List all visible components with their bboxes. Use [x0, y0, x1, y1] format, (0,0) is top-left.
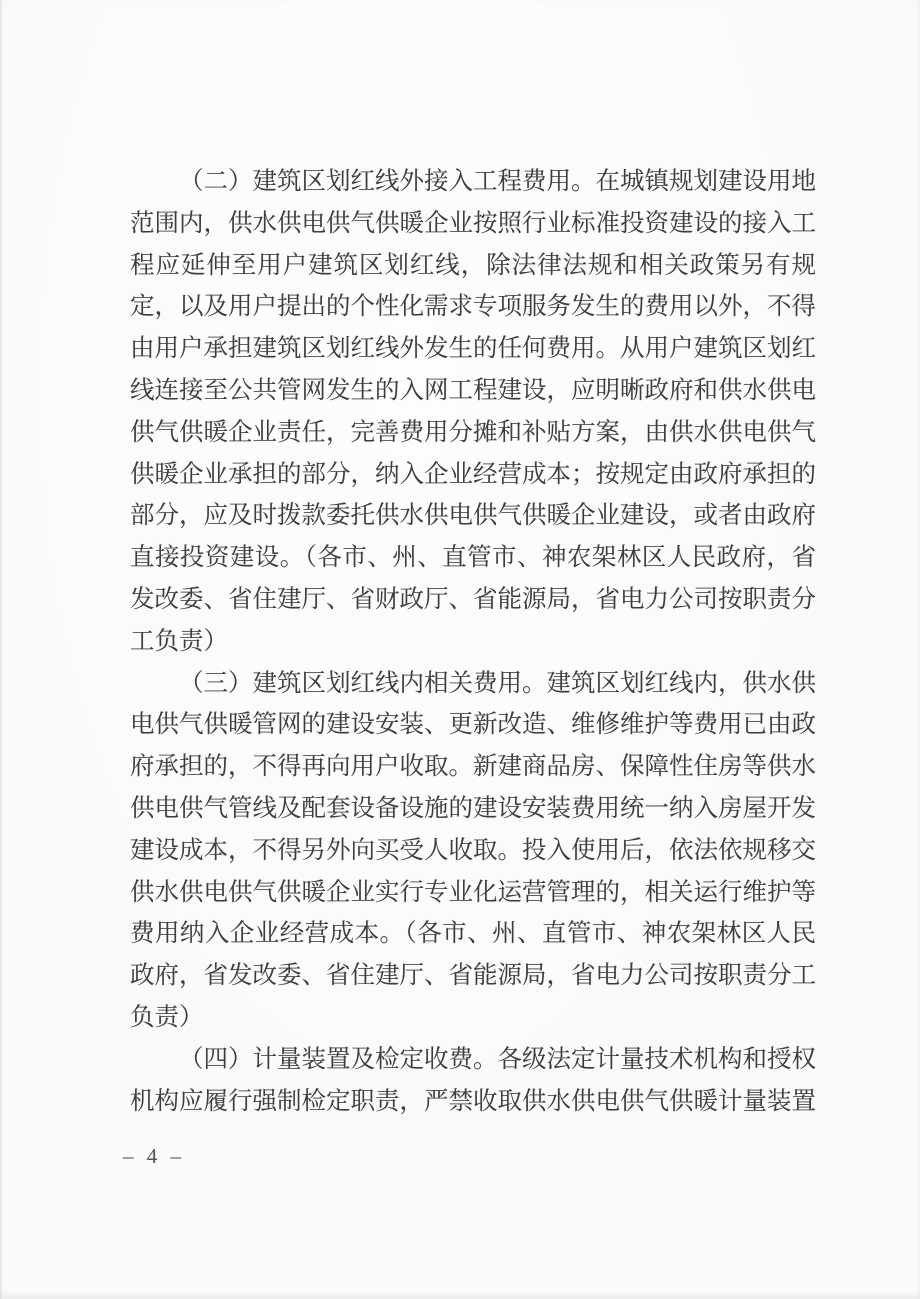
paragraph-item-3-red-line-internal-fees: （三）建筑区划红线内相关费用。建筑区划红线内，供水供电供气供暖管网的建设安装、更… [130, 663, 816, 1039]
document-body: （二）建筑区划红线外接入工程费用。在城镇规划建设用地范围内，供水供电供气供暖企业… [130, 161, 816, 1122]
document-page: （二）建筑区划红线外接入工程费用。在城镇规划建设用地范围内，供水供电供气供暖企业… [0, 0, 920, 1299]
page-number: – 4 – [123, 1144, 185, 1169]
paragraph-item-2-red-line-external-fees: （二）建筑区划红线外接入工程费用。在城镇规划建设用地范围内，供水供电供气供暖企业… [130, 161, 816, 663]
paragraph-item-4-metering-verification-fees: （四）计量装置及检定收费。各级法定计量技术机构和授权机构应履行强制检定职责，严禁… [130, 1039, 816, 1123]
